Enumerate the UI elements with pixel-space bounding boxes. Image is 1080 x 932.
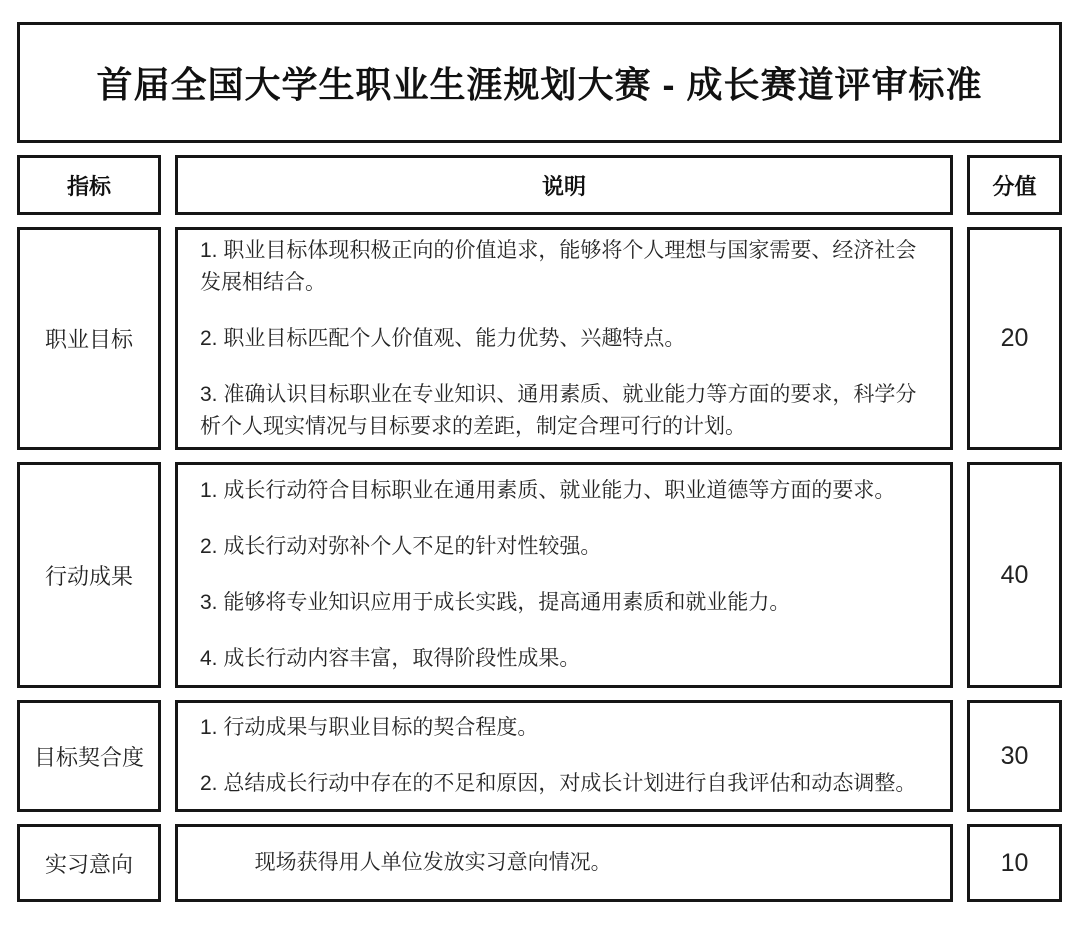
column-header-description: 说明 xyxy=(175,155,953,215)
score-goal-fit: 30 xyxy=(967,700,1062,812)
criteria-point: 1. 行动成果与职业目标的契合程度。 xyxy=(200,712,928,744)
criteria-point: 2. 总结成长行动中存在的不足和原因，对成长计划进行自我评估和动态调整。 xyxy=(200,768,928,800)
criteria-point: 现场获得用人单位发放实习意向情况。 xyxy=(200,847,928,879)
score-internship-intent: 10 xyxy=(967,824,1062,902)
indicator-action-results: 行动成果 xyxy=(17,462,161,688)
indicator-goal-fit: 目标契合度 xyxy=(17,700,161,812)
score-career-goal: 20 xyxy=(967,227,1062,450)
description-internship-intent: 现场获得用人单位发放实习意向情况。 xyxy=(175,824,953,902)
score-action-results: 40 xyxy=(967,462,1062,688)
document-content: 首届全国大学生职业生涯规划大赛 - 成长赛道评审标准 指标 说明 分值 职业目标… xyxy=(17,22,1062,902)
criteria-point: 1. 成长行动符合目标职业在通用素质、就业能力、职业道德等方面的要求。 xyxy=(200,475,928,507)
title-box: 首届全国大学生职业生涯规划大赛 - 成长赛道评审标准 xyxy=(17,22,1062,143)
criteria-point: 3. 能够将专业知识应用于成长实践，提高通用素质和就业能力。 xyxy=(200,587,928,619)
column-header-score: 分值 xyxy=(967,155,1062,215)
indicator-career-goal: 职业目标 xyxy=(17,227,161,450)
column-header-indicator: 指标 xyxy=(17,155,161,215)
criteria-point: 2. 职业目标匹配个人价值观、能力优势、兴趣特点。 xyxy=(200,323,928,355)
criteria-point: 1. 职业目标体现积极正向的价值追求，能够将个人理想与国家需要、经济社会发展相结… xyxy=(200,235,928,299)
criteria-table: 指标 说明 分值 职业目标 1. 职业目标体现积极正向的价值追求，能够将个人理想… xyxy=(17,155,1062,902)
description-goal-fit: 1. 行动成果与职业目标的契合程度。 2. 总结成长行动中存在的不足和原因，对成… xyxy=(175,700,953,812)
description-career-goal: 1. 职业目标体现积极正向的价值追求，能够将个人理想与国家需要、经济社会发展相结… xyxy=(175,227,953,450)
page-title: 首届全国大学生职业生涯规划大赛 - 成长赛道评审标准 xyxy=(97,57,983,108)
indicator-internship-intent: 实习意向 xyxy=(17,824,161,902)
evaluation-criteria-document: 首届全国大学生职业生涯规划大赛 - 成长赛道评审标准 指标 说明 分值 职业目标… xyxy=(0,0,1080,932)
description-action-results: 1. 成长行动符合目标职业在通用素质、就业能力、职业道德等方面的要求。 2. 成… xyxy=(175,462,953,688)
criteria-point: 2. 成长行动对弥补个人不足的针对性较强。 xyxy=(200,531,928,563)
criteria-point: 3. 准确认识目标职业在专业知识、通用素质、就业能力等方面的要求，科学分析个人现… xyxy=(200,379,928,443)
criteria-point: 4. 成长行动内容丰富，取得阶段性成果。 xyxy=(200,643,928,675)
